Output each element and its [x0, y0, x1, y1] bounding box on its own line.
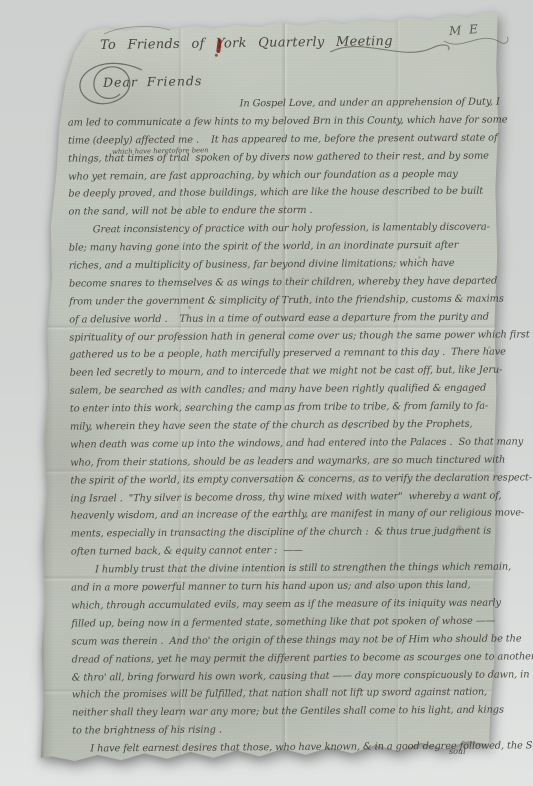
photo-background: To Friends of York Quarterly Meeting M E… — [0, 0, 533, 786]
catchword: soul — [449, 747, 466, 756]
text-line: neither shall they learn war any more; b… — [72, 702, 520, 723]
text-line: be deeply proved, and those buildings, w… — [68, 183, 516, 204]
letter-content: To Friends of York Quarterly Meeting M E… — [0, 0, 533, 786]
text-line: ments, especially in transacting the dis… — [71, 523, 519, 544]
corner-mark: M E — [449, 22, 481, 38]
salutation: Dear Friends — [103, 73, 203, 90]
letter-body: In Gospel Love, and under an apprehensio… — [68, 93, 521, 758]
letter-heading: To Friends of York Quarterly Meeting — [100, 34, 393, 53]
